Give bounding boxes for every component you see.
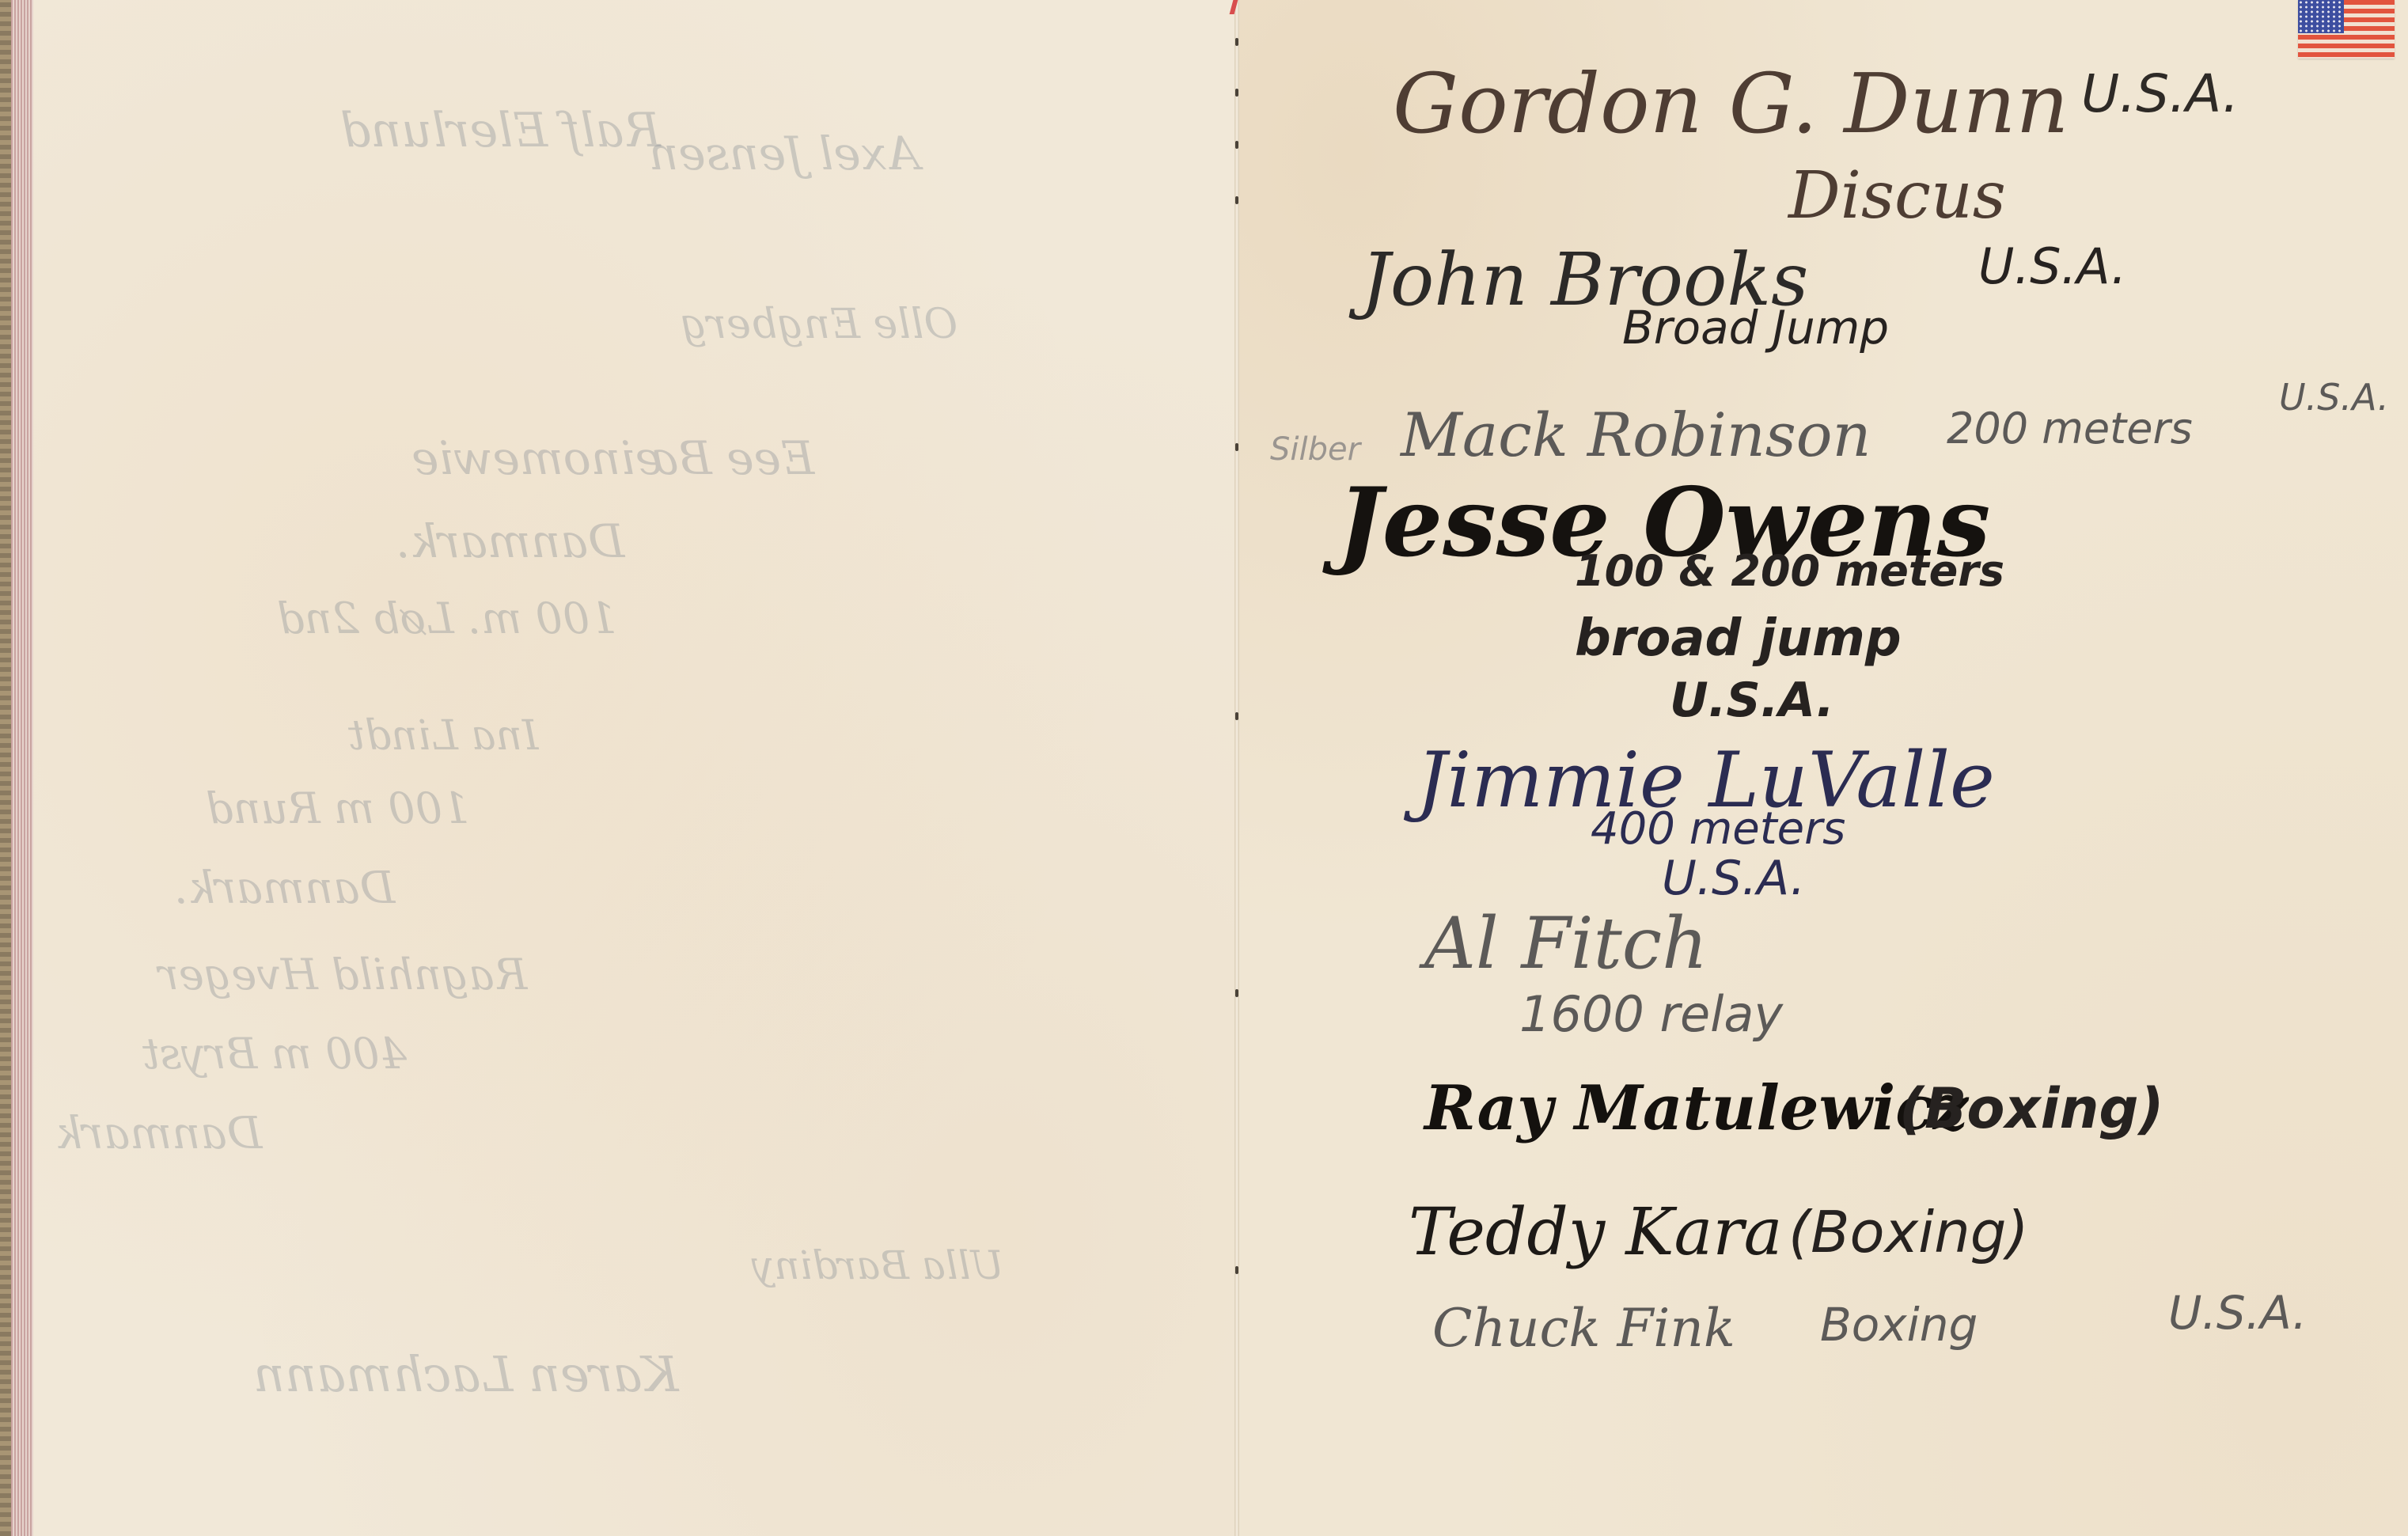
signature-event: Discus: [1788, 158, 2006, 233]
signature-event: (Boxing): [1899, 1076, 2164, 1141]
binding-stitch: [1235, 38, 1238, 46]
signature-country: U.S.A.: [1978, 237, 2126, 295]
bleed-text: Ralf Elerlund: [340, 103, 661, 158]
binding-stitch: [1235, 712, 1238, 720]
binding-stitch: [1235, 141, 1238, 149]
bleed-text: Ulla Bardiny: [752, 1242, 1004, 1288]
page-edges: [11, 0, 34, 1536]
bleed-text: Eee Bæinomewie: [411, 431, 814, 485]
bleed-text: Danmark.: [174, 863, 395, 914]
signature-event: Broad Jump: [1622, 301, 1889, 355]
book-gutter: [1234, 0, 1239, 1536]
signature-name: Chuck Fink: [1432, 1298, 1735, 1359]
bleed-text: Danmark.: [396, 514, 624, 568]
bleed-text: Danmark: [55, 1108, 263, 1159]
signature-event: 200 meters: [1947, 404, 2193, 453]
left-page: [33, 0, 1238, 1536]
album-spread: Ralf Elerlund Axel Jensen Olle Engberg E…: [0, 0, 2408, 1536]
signature-country: U.S.A.: [2081, 63, 2239, 124]
signature-event: (Boxing): [1788, 1199, 2029, 1265]
book-cover-edge: [0, 0, 11, 1536]
us-flag-icon: [2298, 0, 2395, 59]
binding-stitch: [1235, 1266, 1238, 1274]
bleed-text: Olle Engberg: [681, 301, 958, 348]
signature-event: Boxing: [1820, 1298, 1978, 1352]
bleed-text: Ragnhild Hveger: [158, 950, 527, 999]
flag-canton: [2298, 0, 2344, 33]
signature-event: 100 & 200 meters: [1575, 546, 2004, 596]
binding-stitch: [1235, 89, 1238, 97]
signature-name: Ray Matulewicz: [1424, 1072, 1968, 1144]
signature-country: U.S.A.: [1670, 673, 1834, 728]
signature-country: U.S.A.: [1662, 851, 1805, 906]
signature-country: U.S.A.: [2168, 1286, 2307, 1340]
bleed-text: Karen Lachmann: [253, 1345, 679, 1403]
bleed-text: 100 m. Løb 2nd: [277, 594, 617, 643]
signature-event: 1600 relay: [1519, 985, 1783, 1043]
signature-event: 400 meters: [1591, 803, 1845, 855]
signature-name: Teddy Kara: [1409, 1195, 1782, 1270]
binding-stitch: [1235, 989, 1238, 997]
bleed-text: Ina Lindt: [348, 712, 538, 760]
signature-name: Gordon G. Dunn: [1393, 55, 2069, 152]
signature-name: Al Fitch: [1424, 902, 1708, 985]
bleed-text: 400 m Bryst: [142, 1029, 407, 1079]
bleed-text: 100 m Rund: [206, 783, 469, 833]
signature-country: U.S.A.: [2279, 376, 2389, 419]
bleed-text: Axel Jensen: [649, 127, 920, 180]
annotation-silber: Silber: [1270, 431, 1360, 468]
signature-event: broad jump: [1575, 609, 1902, 668]
binding-stitch: [1235, 196, 1238, 204]
binding-stitch: [1235, 443, 1238, 451]
signature-name: Mack Robinson: [1401, 400, 1871, 470]
